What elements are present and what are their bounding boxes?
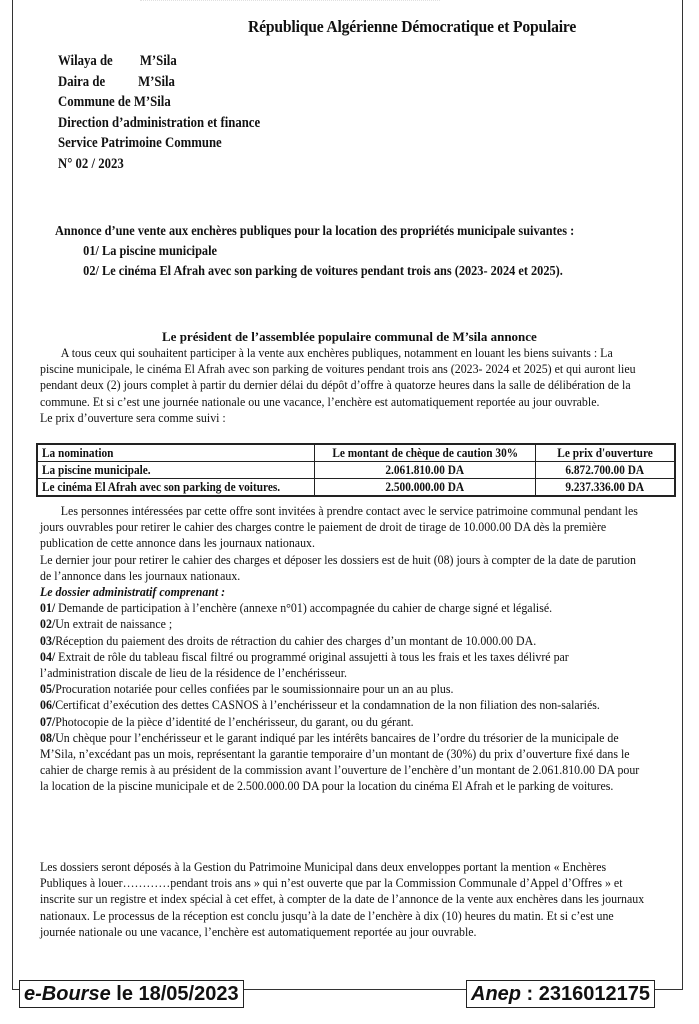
list-item: 04/ Extrait de rôle du tableau fiscal fi… bbox=[40, 649, 645, 681]
anep-label: Anep bbox=[471, 983, 521, 1005]
column-header: Le montant de chèque de caution 30% bbox=[315, 444, 536, 462]
announcement-block: Annonce d’une vente aux enchères publiqu… bbox=[55, 222, 574, 282]
table-cell: 6.872.700.00 DA bbox=[536, 462, 676, 479]
conditions-section: Les personnes intéressées par cette offr… bbox=[40, 503, 645, 795]
intro-paragraph: A tous ceux qui souhaitent participer à … bbox=[40, 345, 645, 410]
price-table: La nomination Le montant de chèque de ca… bbox=[36, 443, 676, 497]
republic-title: République Algérienne Démocratique et Po… bbox=[248, 17, 576, 37]
intro-section: A tous ceux qui souhaitent participer à … bbox=[40, 345, 645, 426]
issuer-header: Wilaya deM’Sila Daira deM’Sila Commune d… bbox=[58, 51, 260, 175]
source-badge: e-Bourse le 18/05/2023 bbox=[19, 980, 244, 1008]
column-header: La nomination bbox=[37, 444, 315, 462]
announcement-item: 01/ La piscine municipale bbox=[55, 242, 574, 262]
table-cell: 2.061.810.00 DA bbox=[315, 462, 536, 479]
contact-paragraph: Les personnes intéressées par cette offr… bbox=[40, 503, 645, 552]
list-item: 02/Un extrait de naissance ; bbox=[40, 616, 645, 632]
deadline-paragraph: Le dernier jour pour retirer le cahier d… bbox=[40, 552, 645, 584]
submission-section: Les dossiers seront déposés à la Gestion… bbox=[40, 859, 645, 940]
reference-number: N° 02 / 2023 bbox=[58, 154, 260, 175]
announcement-intro: Annonce d’une vente aux enchères publiqu… bbox=[55, 222, 574, 242]
list-item: 08/Un chèque pour l’enchérisseur et le g… bbox=[40, 730, 645, 795]
table-cell: Le cinéma El Afrah avec son parking de v… bbox=[37, 479, 315, 497]
list-item: 06/Certificat d’exécution des dettes CAS… bbox=[40, 697, 645, 713]
list-item: 07/Photocopie de la pièce d’identité de … bbox=[40, 714, 645, 730]
announcement-item: 02/ Le cinéma El Afrah avec son parking … bbox=[55, 262, 574, 282]
list-item: 05/Procuration notariée pour celles conf… bbox=[40, 681, 645, 697]
submission-paragraph: Les dossiers seront déposés à la Gestion… bbox=[40, 859, 645, 940]
direction-line: Direction d’administration et finance bbox=[58, 113, 260, 134]
table-header-row: La nomination Le montant de chèque de ca… bbox=[37, 444, 675, 462]
daira-value: M’Sila bbox=[138, 74, 175, 90]
source-date: le 18/05/2023 bbox=[111, 983, 239, 1005]
president-heading: Le président de l’assemblée populaire co… bbox=[162, 329, 537, 345]
anep-badge: Anep : 2316012175 bbox=[466, 980, 655, 1008]
list-item: 01/ Demande de participation à l’enchère… bbox=[40, 600, 645, 616]
table-row: Le cinéma El Afrah avec son parking de v… bbox=[37, 479, 675, 497]
wilaya-value: M’Sila bbox=[140, 53, 177, 69]
dossier-title: Le dossier administratif comprenant : bbox=[40, 584, 645, 600]
table-cell: La piscine municipale. bbox=[37, 462, 315, 479]
price-intro: Le prix d’ouverture sera comme suivi : bbox=[40, 410, 645, 426]
table-cell: 2.500.000.00 DA bbox=[315, 479, 536, 497]
anep-number: : 2316012175 bbox=[521, 983, 650, 1005]
column-header: Le prix d'ouverture bbox=[536, 444, 676, 462]
source-brand: e-Bourse bbox=[24, 983, 111, 1005]
list-item: 03/Réception du paiement des droits de r… bbox=[40, 633, 645, 649]
wilaya-line: Wilaya deM’Sila bbox=[58, 51, 260, 72]
table-cell: 9.237.336.00 DA bbox=[536, 479, 676, 497]
daira-label: Daira de bbox=[58, 72, 138, 93]
daira-line: Daira deM’Sila bbox=[58, 72, 260, 93]
wilaya-label: Wilaya de bbox=[58, 51, 140, 72]
service-line: Service Patrimoine Commune bbox=[58, 133, 260, 154]
scan-artifact bbox=[140, 0, 440, 5]
commune-line: Commune de M’Sila bbox=[58, 92, 260, 113]
table-row: La piscine municipale. 2.061.810.00 DA 6… bbox=[37, 462, 675, 479]
dossier-list: 01/ Demande de participation à l’enchère… bbox=[40, 600, 645, 794]
